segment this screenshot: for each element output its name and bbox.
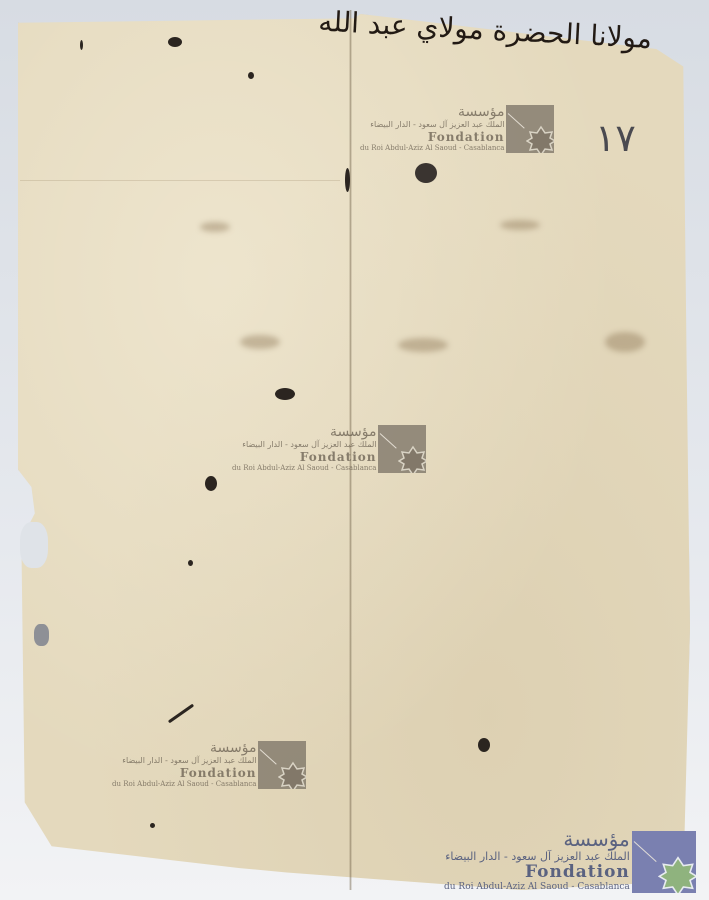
star-icon (526, 125, 554, 153)
fondation-logo-icon (378, 425, 426, 473)
ink-blot (150, 823, 155, 828)
folio-number: ١٧ (595, 116, 636, 160)
watermark-french-subtitle: du Roi Abdul-Aziz Al Saoud - Casablanca (444, 882, 630, 893)
watermark-fondation: مؤسسة الملك عبد العزيز آل سعود - الدار ا… (232, 424, 426, 473)
fondation-logo-icon (258, 741, 306, 789)
paper-hole (20, 522, 48, 568)
ink-blot (168, 37, 182, 47)
ink-blot (188, 560, 193, 566)
ink-blot (478, 738, 490, 752)
watermark-french-title: Fondation (112, 766, 256, 780)
watermark-arabic-title: مؤسسة (112, 740, 256, 756)
ink-blot (80, 40, 83, 50)
watermark-arabic-subtitle: الملك عبد العزيز آل سعود - الدار البيضاء (360, 120, 504, 130)
ink-blot (345, 168, 350, 192)
ink-blot (248, 72, 254, 79)
watermark-french-title: Fondation (360, 130, 504, 144)
watermark-arabic-title: مؤسسة (444, 828, 630, 850)
stain (398, 338, 448, 352)
watermark-french-title: Fondation (444, 863, 630, 882)
horizontal-fold-line (20, 180, 340, 181)
watermark-arabic-title: مؤسسة (360, 104, 504, 120)
star-icon (398, 445, 426, 473)
ink-blot (205, 476, 217, 491)
watermark-french-subtitle: du Roi Abdul-Aziz Al Saoud - Casablanca (232, 464, 376, 473)
watermark-arabic-subtitle: الملك عبد العزيز آل سعود - الدار البيضاء (112, 756, 256, 766)
fondation-logo-icon (632, 831, 696, 893)
watermark-fondation: مؤسسة الملك عبد العزيز آل سعود - الدار ا… (360, 104, 554, 153)
watermark-arabic-subtitle: الملك عبد العزيز آل سعود - الدار البيضاء (232, 440, 376, 450)
fondation-logo-icon (506, 105, 554, 153)
watermark-arabic-title: مؤسسة (232, 424, 376, 440)
star-icon (278, 761, 306, 789)
stain (605, 332, 645, 352)
watermark-french-subtitle: du Roi Abdul-Aziz Al Saoud - Casablanca (360, 144, 504, 153)
ink-blot (415, 163, 437, 183)
stain (240, 335, 280, 349)
stain (200, 222, 230, 232)
stain (500, 220, 540, 230)
watermark-french-title: Fondation (232, 450, 376, 464)
watermark-fondation: مؤسسة الملك عبد العزيز آل سعود - الدار ا… (112, 740, 306, 789)
star-icon (658, 855, 696, 893)
paper-hole (34, 624, 49, 646)
watermark-fondation-primary: مؤسسة الملك عبد العزيز آل سعود - الدار ا… (444, 828, 696, 893)
watermark-french-subtitle: du Roi Abdul-Aziz Al Saoud - Casablanca (112, 780, 256, 789)
ink-blot (275, 388, 295, 400)
